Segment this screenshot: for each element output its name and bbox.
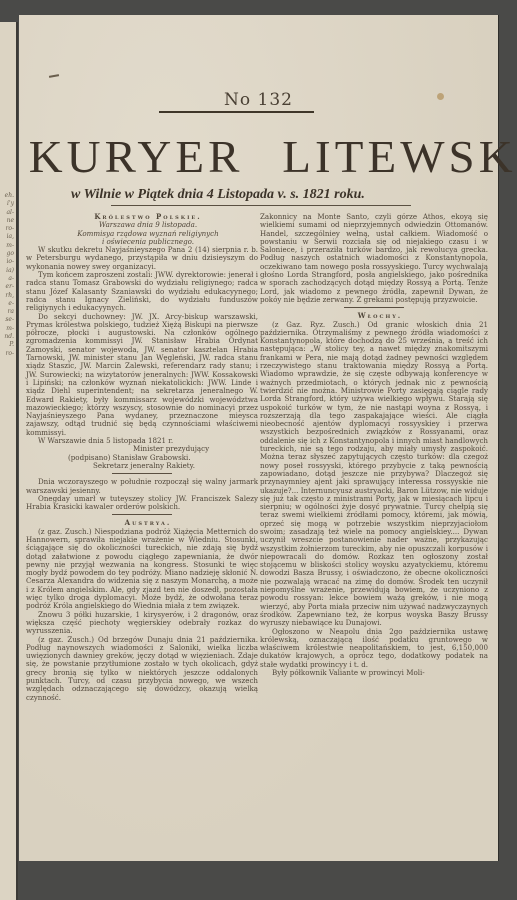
article-paragraph: W skutku dekretu Nayjaśnieyszego Pana 2 …	[26, 246, 258, 271]
issue-number-value: 132	[258, 90, 293, 110]
edge-text: ne	[0, 217, 16, 225]
edge-text: e-	[0, 300, 16, 308]
edge-text: ia,	[0, 233, 16, 241]
newspaper-page: No 132 KURYERLITEWSKI w Wilnie w Piątek …	[19, 15, 498, 861]
article-paragraph: Onegday umarł w tuteyszey stolicy JW. Fr…	[26, 495, 258, 512]
issue-label: No	[224, 90, 251, 110]
section-divider	[112, 514, 172, 515]
article-paragraph: Tym końcem zaproszeni zostali: JWW. dyre…	[26, 271, 258, 312]
article-paragraph: (z gaz. Zusch.) Od brzegów Dunaju dnia 2…	[26, 636, 258, 702]
article-paragraph: Ogłoszono w Neapolu dnia 2go październik…	[260, 628, 488, 669]
edge-text: ia)	[0, 267, 16, 275]
edge-text: m-	[0, 242, 16, 250]
adjacent-page-edge: eh. i'y al- ne ro- ia, m- go io- ia) a- …	[0, 22, 18, 900]
masthead-title: KURYERLITEWSKI	[29, 130, 468, 183]
article-paragraph: Do sekcyi duchowney: JW. JX. Arcy-biskup…	[26, 313, 258, 437]
edge-text: go	[0, 250, 16, 258]
issue-divider	[159, 111, 314, 113]
edge-text: eh.	[0, 192, 16, 200]
article-paragraph: Znowu 3 półki huzarskie, 1 kirysyerów, i…	[26, 611, 258, 636]
signature-secretary: Sekretarz jeneralny Rakiety.	[26, 462, 258, 470]
article-paragraph: (z gaz. Zusch.) Niespodziana podróż Xiąż…	[26, 528, 258, 611]
issue-number: No 132	[19, 90, 498, 110]
header-divider	[111, 205, 411, 206]
edge-text: io-	[0, 258, 16, 266]
column-left: Królestwo Polskie. Warszawa dnia 9 listo…	[26, 213, 258, 702]
edge-text: m-	[0, 325, 16, 333]
dateline: w Wilnie w Piątek dnia 4 Listopada v. s.…	[71, 187, 365, 203]
section-divider	[344, 307, 404, 308]
article-paragraph: Były półkownik Valiante w prowincyi Moli…	[260, 669, 488, 677]
edge-text: ra	[0, 308, 16, 316]
edge-text: rh,	[0, 292, 16, 300]
edge-text: al-	[0, 209, 16, 217]
article-paragraph: Dnia wczorayszego w południe rozpoczął s…	[26, 478, 258, 495]
article-paragraph: Zakonnicy na Monte Santo, czyli górze At…	[260, 213, 488, 304]
edge-text: ro-	[0, 225, 16, 233]
edge-text: nd.	[0, 333, 16, 341]
column-right: Zakonnicy na Monte Santo, czyli górze At…	[260, 213, 488, 677]
article-paragraph: (z Gaz. Ryz. Zusch.) Od granic włoskich …	[260, 321, 488, 628]
ink-mark	[49, 74, 59, 78]
edge-text: ro-	[0, 350, 16, 358]
edge-text: se-	[0, 316, 16, 324]
edge-text: i'y	[0, 200, 16, 208]
edge-text: er-	[0, 283, 16, 291]
edge-text: a-	[0, 275, 16, 283]
masthead-word-1: KURYER	[29, 131, 244, 182]
masthead-word-2: LITEWSKI	[282, 131, 517, 182]
edge-text: P.	[0, 341, 16, 349]
section-divider	[112, 473, 172, 474]
